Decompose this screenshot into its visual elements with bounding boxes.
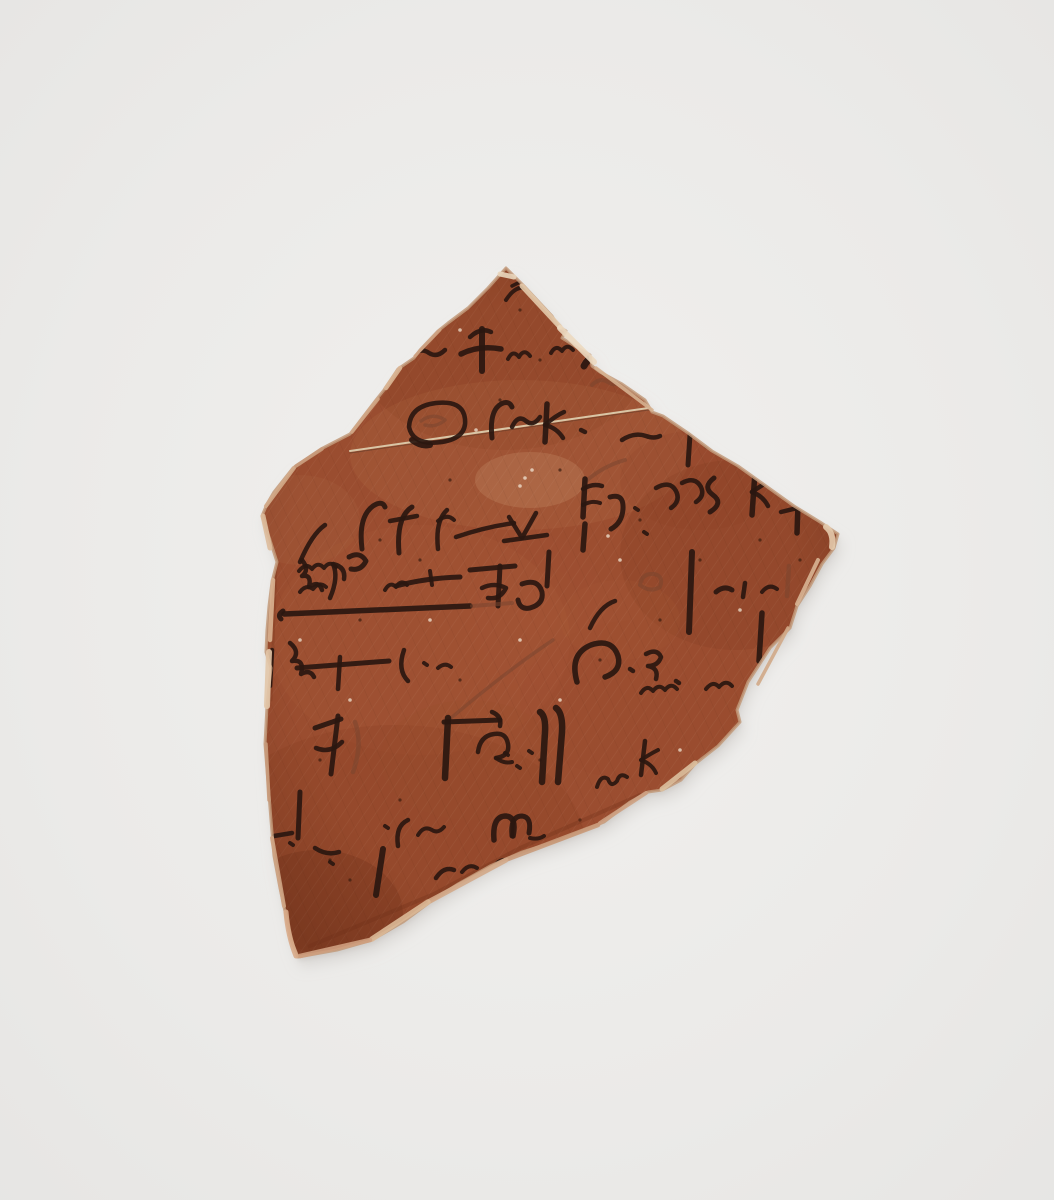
ink-stroke — [688, 435, 690, 465]
ink-stroke — [689, 552, 692, 632]
ink-stroke — [644, 532, 647, 534]
ink-stroke — [583, 479, 585, 517]
ostracon-photograph — [0, 0, 1054, 1200]
ink-stroke — [581, 430, 585, 432]
edge-clay-chip — [270, 580, 273, 640]
ink-stroke — [529, 751, 532, 753]
ink-stroke — [676, 681, 679, 683]
ink-stroke — [759, 613, 762, 661]
ink-stroke — [517, 766, 520, 768]
ink-stroke — [385, 826, 388, 828]
ink-stroke — [444, 720, 500, 722]
ink-stroke — [505, 753, 508, 755]
edge-clay-chip — [500, 274, 514, 277]
ink-stroke — [547, 552, 549, 586]
ink-stroke — [635, 508, 638, 510]
photo-canvas — [0, 0, 1054, 1200]
ink-stroke — [787, 566, 789, 596]
ink-stroke — [330, 862, 333, 864]
ink-stroke — [445, 718, 448, 778]
edge-clay-chip — [267, 652, 269, 706]
ink-stroke — [290, 843, 293, 845]
ink-stroke — [298, 792, 300, 838]
ink-stroke — [583, 524, 585, 550]
ink-stroke — [743, 583, 745, 597]
ink-stroke — [274, 833, 292, 836]
ink-stroke — [338, 657, 340, 689]
ink-stroke — [430, 571, 432, 585]
ink-stroke — [630, 669, 633, 671]
ink-stroke — [424, 663, 427, 665]
